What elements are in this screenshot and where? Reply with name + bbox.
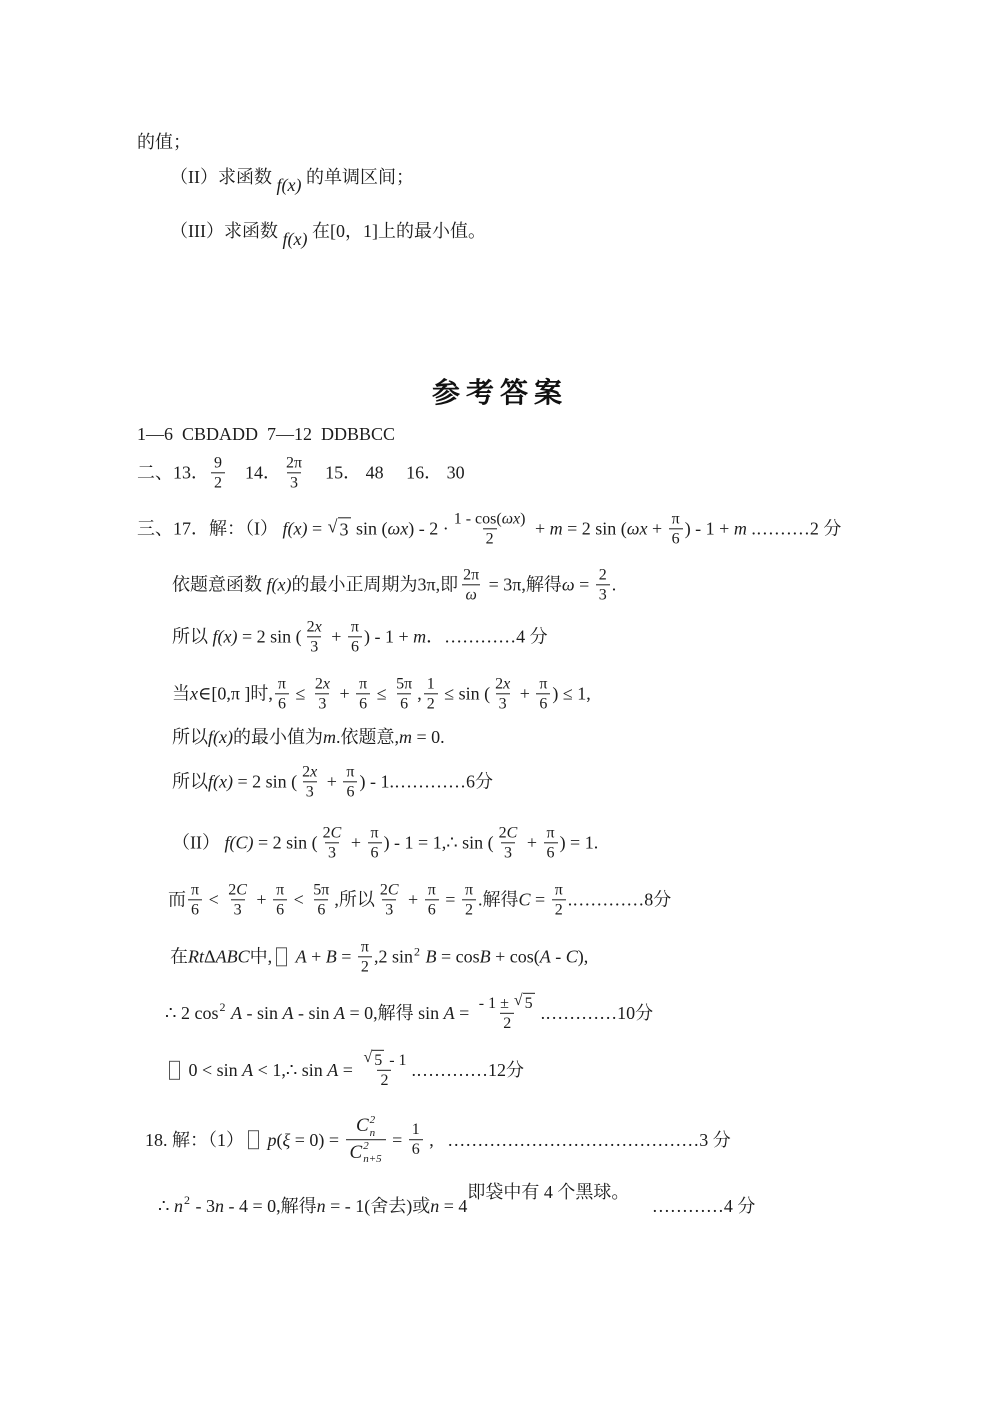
text-run: ∴ <box>158 1195 174 1218</box>
numerator: 2x <box>492 674 513 693</box>
text-run: 2 <box>486 530 494 549</box>
fraction: √5 - 12 <box>359 1050 409 1090</box>
text-run: sin ( <box>352 518 388 541</box>
formula-line-s7: （II） f(C) = 2 sin (2C3 + π6) - 1 = 1,∴ s… <box>172 823 598 862</box>
square-root: √5 <box>363 1050 384 1070</box>
numerator: 2x <box>299 762 320 781</box>
text-run: ) = 1. <box>560 832 599 855</box>
numerator: 5π <box>393 674 415 693</box>
text-run: 二、13． <box>137 462 209 485</box>
text-run: 2 <box>503 1014 511 1033</box>
formula-line-s11: 0 < sin A < 1,∴ sin A = √5 - 12.…………12分 <box>165 1050 524 1090</box>
math-variable: f(x) <box>267 574 292 597</box>
denominator: 2 <box>500 1013 514 1033</box>
text-run: 所以 <box>172 626 213 649</box>
denominator: 2 <box>462 900 476 920</box>
text-run: ．…………4 分 <box>426 626 548 649</box>
fraction: π6 <box>348 617 362 656</box>
text-run: + <box>327 626 346 649</box>
formula-line-s13: ∴ n2 - 3n - 4 = 0,解得n = - 1(舍去)或n = 4即袋中… <box>158 1195 755 1218</box>
math-variable: C <box>519 889 531 912</box>
text-run: ,2 sin <box>374 946 413 969</box>
math-variable: ω <box>562 574 575 597</box>
text-run: 5π <box>396 674 412 693</box>
numerator: - 1 ± √5 <box>476 993 539 1013</box>
combination-base: C <box>356 1115 369 1138</box>
fraction: π2 <box>462 880 476 919</box>
text-run: = <box>441 889 460 912</box>
denominator: 3 <box>596 585 610 605</box>
text-run: （II） <box>172 832 225 855</box>
denominator: 6 <box>397 694 411 714</box>
fraction: π6 <box>356 674 370 713</box>
text-run: < <box>204 889 223 912</box>
denominator: 2 <box>552 900 566 920</box>
text-run: 6 <box>191 901 199 920</box>
text-run: 18. 解：（1） <box>145 1129 244 1152</box>
numerator: π <box>367 823 381 842</box>
text-run: = cos <box>436 946 479 969</box>
radicand: 5 <box>372 1050 384 1070</box>
text-run: ∴ 2 cos <box>165 1002 218 1025</box>
fraction: π6 <box>273 880 287 919</box>
text-run: 3 <box>234 901 242 920</box>
denominator: 6 <box>188 900 202 920</box>
text-run: 3 <box>328 844 336 863</box>
math-variable: B <box>326 946 337 969</box>
text-run: 2 <box>323 823 331 842</box>
text-run: 0 < sin <box>184 1059 242 1082</box>
text-run: 3 <box>385 901 393 920</box>
text-run: 依题意函数 <box>172 574 267 597</box>
fraction: 12 <box>424 674 438 713</box>
math-variable: f(x) <box>283 518 308 541</box>
text-run: 3 <box>318 695 326 714</box>
text-run: 3 <box>504 844 512 863</box>
text-run: 14． <box>227 462 281 485</box>
text-run: < 1,∴ sin <box>253 1059 327 1082</box>
text-run: 6 <box>412 1141 420 1160</box>
formula-line-a2: 二、13．92 14．2π3 15． 48 16． 30 <box>137 453 465 492</box>
text-run: = <box>455 1002 474 1025</box>
text-run: 2 <box>228 880 236 899</box>
text-run: π <box>276 880 284 899</box>
math-variable: A <box>231 1002 242 1025</box>
numerator: √5 - 1 <box>359 1050 409 1070</box>
denominator: 6 <box>273 900 287 920</box>
text-run: 1—6 CBDADD 7—12 DDBBCC <box>137 423 395 446</box>
text-run: ), <box>578 946 589 969</box>
fraction: 23 <box>596 565 610 604</box>
fraction: 2x3 <box>304 617 325 656</box>
text-run: .…………10分 <box>541 1002 654 1025</box>
text-run: ,所以 <box>334 889 375 912</box>
formula-line-a1: 1—6 CBDADD 7—12 DDBBCC <box>137 423 395 446</box>
math-variable: B <box>425 946 436 969</box>
text-run: .…………12分 <box>412 1059 525 1082</box>
math-variable: C <box>236 880 247 899</box>
denominator: 3 <box>325 843 339 863</box>
lowered-math-text: f(x) <box>282 228 307 251</box>
math-variable: ωx <box>627 518 648 541</box>
math-variable: B <box>480 946 491 969</box>
math-variable: Rt <box>188 946 204 969</box>
text-run: ) - 1 + <box>364 626 413 649</box>
text-run: 2 <box>599 565 607 584</box>
missing-glyph-box <box>248 1131 259 1150</box>
text-run: 6 <box>359 695 367 714</box>
fraction: 5π6 <box>310 880 332 919</box>
text-run: + <box>335 683 354 706</box>
numerator: π <box>273 880 287 899</box>
text-run: = - 1(舍去)或 <box>326 1195 431 1218</box>
text-run: , <box>417 683 422 706</box>
text-run: Δ <box>204 946 216 969</box>
text-run: π <box>359 674 367 693</box>
math-variable: ωx <box>502 509 520 528</box>
denominator: 3 <box>231 900 245 920</box>
math-variable: x <box>190 683 198 706</box>
formula-line-s9: 在RtΔABC中, A + B = π2,2 sin2 B = cosB + c… <box>170 937 588 976</box>
math-variable: m <box>399 726 412 749</box>
numerator: 5π <box>310 880 332 899</box>
fraction: π6 <box>669 509 683 548</box>
math-variable: A <box>334 1002 345 1025</box>
text-run: 2 <box>315 674 323 693</box>
text-run: 2 <box>380 1071 388 1090</box>
fraction: 2x3 <box>492 674 513 713</box>
combination-sup: 2 <box>363 1141 369 1154</box>
combination-scripts: 2n <box>370 1114 376 1139</box>
text-run: = 2 sin ( <box>563 518 627 541</box>
math-variable: ωx <box>388 518 409 541</box>
fraction: π6 <box>425 880 439 919</box>
raised-text: 即袋中有 4 个黑球。 <box>467 1181 629 1204</box>
text-run: - 4 = 0,解得 <box>224 1195 317 1218</box>
text-run: π <box>278 674 286 693</box>
text-run: = <box>575 574 594 597</box>
text-run: = 0) = <box>290 1129 343 1152</box>
denominator: 6 <box>425 900 439 920</box>
radical-sign: √ <box>363 1050 372 1067</box>
text-run: 5 <box>525 994 533 1013</box>
square-root: √5 <box>514 993 535 1013</box>
fraction: 2C3 <box>320 823 345 862</box>
formula-line-q3: （III）求函数 f(x) 在[0，1]上的最小值。 <box>170 220 486 243</box>
formula-line-s4: 当x∈[0,π ]时,π6 ≤ 2x3 + π6 ≤ 5π6,12 ≤ sin … <box>172 674 591 713</box>
formula-line-s2: 依题意函数 f(x)的最小正周期为3π,即2πω = 3π,解得ω = 23. <box>172 565 616 604</box>
math-variable: f(x) <box>208 726 233 749</box>
numerator: π <box>543 823 557 842</box>
denominator: 6 <box>409 1140 423 1160</box>
text-run: 2π <box>286 453 302 472</box>
text-run: π <box>465 880 473 899</box>
text-run: 三、17．解：（I） <box>137 518 283 541</box>
text-run: 3 <box>340 518 349 541</box>
fraction: π6 <box>367 823 381 862</box>
numerator: π <box>462 880 476 899</box>
text-run: 1 - cos( <box>454 509 502 528</box>
math-variable: ABC <box>216 946 250 969</box>
denominator: 3 <box>307 637 321 657</box>
denominator: 2 <box>483 529 497 549</box>
fraction: π6 <box>536 674 550 713</box>
text-run: 2 <box>302 762 310 781</box>
text-run: 中, <box>250 946 273 969</box>
text-run: . <box>612 574 617 597</box>
numerator: π <box>188 880 202 899</box>
math-variable: A <box>444 1002 455 1025</box>
fraction: 2x3 <box>312 674 333 713</box>
combination-sup: 2 <box>370 1114 376 1127</box>
math-variable: x <box>310 762 317 781</box>
math-variable: A <box>296 946 307 969</box>
formula-line-s5: 所以f(x)的最小值为m.依题意,m = 0. <box>172 726 445 749</box>
text-run: （III）求函数 <box>170 220 282 243</box>
denominator: C2n+5 <box>346 1140 386 1166</box>
numerator: π <box>536 674 550 693</box>
numerator: 2C <box>225 880 250 899</box>
numerator: π <box>343 762 357 781</box>
math-variable: x <box>323 674 330 693</box>
text-run: + <box>346 832 365 855</box>
text-run: 6 <box>547 844 555 863</box>
text-run: 6 <box>317 901 325 920</box>
text-run: 6 <box>371 844 379 863</box>
denominator: 3 <box>315 694 329 714</box>
denominator: 6 <box>669 529 683 549</box>
radicand: 3 <box>338 517 351 541</box>
text-run: 2 <box>427 695 435 714</box>
answers-heading: 参考答案 <box>0 371 1000 411</box>
formula-line-s3: 所以 f(x) = 2 sin (2x3 + π6) - 1 + m．…………4… <box>172 617 548 656</box>
math-variable: m <box>734 518 747 541</box>
fraction: π6 <box>343 762 357 801</box>
denominator: 6 <box>368 843 382 863</box>
lowered-math-text: f(x) <box>277 174 302 197</box>
text-run: ≤ <box>291 683 310 706</box>
text-run: + <box>530 518 549 541</box>
text-run: 2 <box>380 880 388 899</box>
text-run: + <box>322 771 341 794</box>
math-variable: x <box>315 617 322 636</box>
text-run: = 0,解得 sin <box>345 1002 444 1025</box>
text-run: π <box>370 823 378 842</box>
text-run: 的最小值为 <box>233 726 323 749</box>
text-run: 5 <box>374 1051 382 1070</box>
numerator: 2π <box>283 453 305 472</box>
text-run: = 2 sin ( <box>237 626 301 649</box>
text-run: .………2 分 <box>747 518 842 541</box>
math-variable: n <box>430 1195 439 1218</box>
radicand: 5 <box>523 993 535 1013</box>
text-run: ) - 1 = 1,∴ sin ( <box>384 832 494 855</box>
fraction: 5π6 <box>393 674 415 713</box>
text-run: π <box>346 762 354 781</box>
math-variable: n <box>317 1195 326 1218</box>
numerator: π <box>425 880 439 899</box>
text-run: 3 <box>499 695 507 714</box>
denominator: 6 <box>536 694 550 714</box>
fraction: 2C3 <box>377 880 402 919</box>
formula-line-q2: （II）求函数 f(x) 的单调区间； <box>170 166 414 189</box>
denominator: ω <box>462 585 479 605</box>
fraction: 2C3 <box>225 880 250 919</box>
text-run: 所以 <box>172 771 208 794</box>
numerator: 2 <box>596 565 610 584</box>
superscript: 2 <box>414 945 420 957</box>
text-run: 3 <box>306 783 314 802</box>
text-run: - 1 ± <box>479 993 513 1012</box>
formula-line-s1: 三、17．解：（I） f(x) = √3 sin (ωx) - 2 ·1 - c… <box>137 509 841 548</box>
text-run: 2 <box>499 823 507 842</box>
text-run: = 2 sin ( <box>254 832 318 855</box>
text-run: = <box>531 889 550 912</box>
numerator: π <box>552 880 566 899</box>
text-run: 2 <box>465 901 473 920</box>
fraction: π2 <box>552 880 566 919</box>
denominator: 3 <box>501 843 515 863</box>
text-run: 而 <box>168 889 186 912</box>
text-run: 的值； <box>137 131 191 154</box>
text-run: ) ≤ 1, <box>552 683 590 706</box>
numerator: π <box>348 617 362 636</box>
text-run: ) - 1 + <box>685 518 734 541</box>
math-variable: C <box>507 823 518 842</box>
math-variable: m <box>323 726 336 749</box>
math-variable: A <box>242 1059 253 1082</box>
math-variable: A <box>540 946 551 969</box>
fraction: π6 <box>543 823 557 862</box>
square-root: √3 <box>328 517 351 541</box>
denominator: 6 <box>544 843 558 863</box>
text-run: - 3 <box>191 1195 215 1218</box>
math-variable: f(x) <box>208 771 233 794</box>
text-run: 2 <box>495 674 503 693</box>
text-run: 6 <box>346 783 354 802</box>
text-run: + <box>647 518 666 541</box>
fraction: 92 <box>211 453 225 492</box>
combination-symbol: C2n+5 <box>350 1141 382 1166</box>
text-run: π <box>546 823 554 842</box>
text-run: = <box>307 518 326 541</box>
text-run: 6 <box>539 695 547 714</box>
text-run: 1 <box>427 674 435 693</box>
text-run: ) <box>520 509 525 528</box>
fraction: 2π3 <box>283 453 305 492</box>
formula-line-s6: 所以f(x) = 2 sin (2x3 + π6) - 1.…………6分 <box>172 762 493 801</box>
math-variable: n <box>215 1195 224 1218</box>
text-run: = <box>337 946 356 969</box>
numerator: π <box>669 509 683 528</box>
text-run: .…………8分 <box>568 889 672 912</box>
fraction: 2C3 <box>496 823 521 862</box>
radical-sign: √ <box>328 517 338 536</box>
numerator: 2π <box>460 565 482 584</box>
math-variable: f(C) <box>225 832 254 855</box>
denominator: 6 <box>275 694 289 714</box>
document-page: 参考答案 的值；（II）求函数 f(x) 的单调区间；（III）求函数 f(x)… <box>0 0 1000 1415</box>
denominator: 6 <box>314 900 328 920</box>
text-run: 在 <box>170 946 188 969</box>
text-run: …………4 分 <box>629 1195 755 1218</box>
text-run: + <box>515 683 534 706</box>
text-run: = 3π,解得 <box>484 574 562 597</box>
text-run: 6 <box>400 695 408 714</box>
text-run: 3 <box>290 474 298 493</box>
fraction: 2πω <box>460 565 482 604</box>
text-run: π <box>539 674 547 693</box>
text-run: 2 <box>214 474 222 493</box>
fraction: 1 - cos(ωx)2 <box>451 509 529 548</box>
fraction: 2x3 <box>299 762 320 801</box>
text-run: .依题意, <box>336 726 399 749</box>
formula-line-s8: 而π6 < 2C3 + π6 < 5π6,所以2C3 + π6 = π2.解得C… <box>168 880 671 919</box>
text-run: 6 <box>672 530 680 549</box>
text-run: 所以 <box>172 726 208 749</box>
numerator: 2C <box>377 880 402 899</box>
combination-symbol: C2n <box>356 1114 375 1139</box>
text-run: 6 <box>276 901 284 920</box>
text-run: π <box>555 880 563 899</box>
text-run: ) - 2 · <box>408 518 448 541</box>
denominator: 3 <box>496 694 510 714</box>
text-run: 5π <box>313 880 329 899</box>
text-run: （II）求函数 <box>170 166 277 189</box>
text-run: , ……………………………………3 分 <box>425 1129 731 1152</box>
text-run: + <box>522 832 541 855</box>
text-run: 3 <box>599 586 607 605</box>
text-run: - sin <box>293 1002 334 1025</box>
numerator: 2C <box>496 823 521 842</box>
text-run: ≤ sin ( <box>440 683 490 706</box>
text-run: ) - 1.…………6分 <box>359 771 493 794</box>
text-run: < <box>289 889 308 912</box>
text-run: ∈[0,π ]时, <box>198 683 273 706</box>
denominator: 3 <box>303 782 317 802</box>
fraction: - 1 ± √52 <box>476 993 539 1033</box>
text-run: = 4 <box>439 1195 467 1218</box>
math-variable: n <box>174 1195 183 1218</box>
formula-line-s10: ∴ 2 cos2 A - sin A - sin A = 0,解得 sin A … <box>165 993 653 1033</box>
text-run: + <box>404 889 423 912</box>
math-variable: C <box>566 946 578 969</box>
text-run: 2 <box>307 617 315 636</box>
numerator: 2x <box>312 674 333 693</box>
text-run: 在[0，1]上的最小值。 <box>307 220 486 243</box>
text-run: π <box>672 509 680 528</box>
denominator: 2 <box>358 957 372 977</box>
missing-glyph-box <box>169 1061 180 1080</box>
numerator: 2x <box>304 617 325 636</box>
combination-sub: n <box>370 1127 376 1140</box>
formula-line-q1: 的值； <box>137 131 191 154</box>
radical-sign: √ <box>514 993 523 1010</box>
text-run: 6 <box>278 695 286 714</box>
fraction: π6 <box>188 880 202 919</box>
math-variable: A <box>327 1059 338 1082</box>
text-run: 6 <box>351 638 359 657</box>
text-run: = 0. <box>412 726 445 749</box>
denominator: 2 <box>424 694 438 714</box>
denominator: 6 <box>348 637 362 657</box>
text-run: 1 <box>412 1120 420 1139</box>
denominator: 6 <box>356 694 370 714</box>
text-run: + cos( <box>491 946 540 969</box>
combination-base: C <box>350 1142 363 1165</box>
denominator: 2 <box>211 473 225 493</box>
numerator: 1 - cos(ωx) <box>451 509 529 528</box>
